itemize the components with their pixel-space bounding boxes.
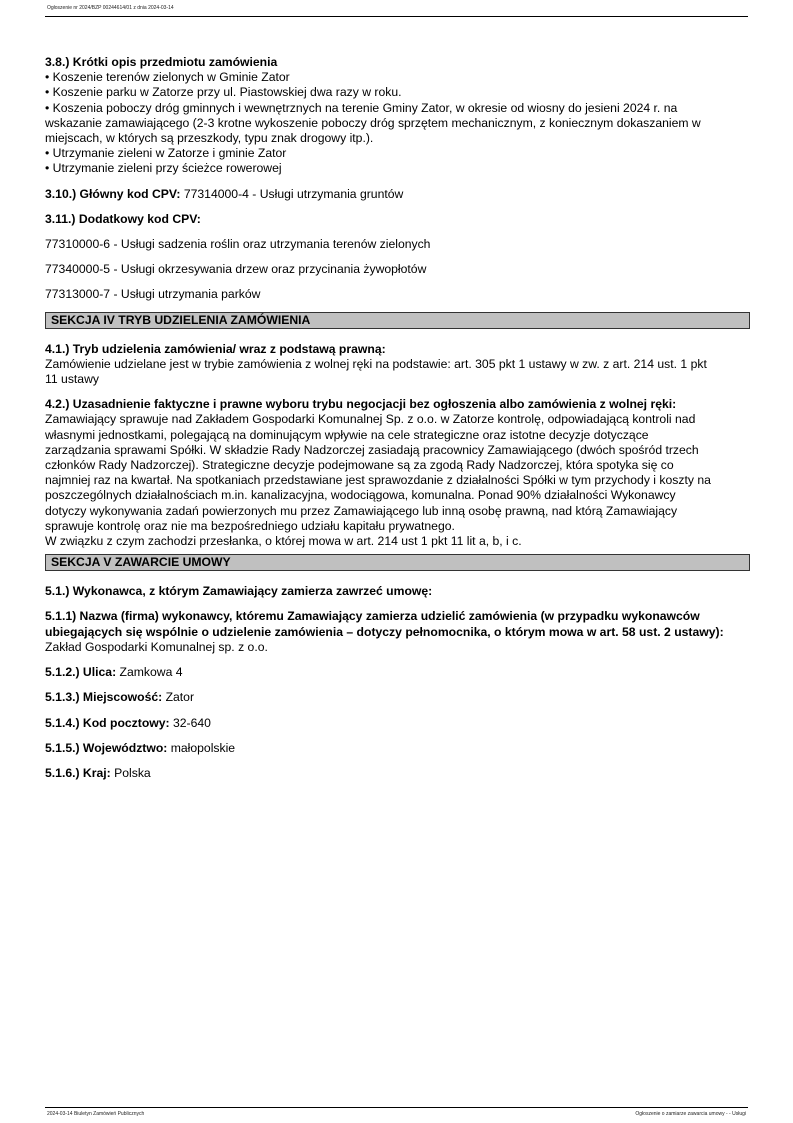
field-label: 5.1.6.) Kraj: (45, 766, 111, 780)
paragraph-line: członków Rady Nadzorczej). Strategiczne … (45, 458, 750, 473)
paragraph-line: sprawuje kontrolę oraz nie ma bezpośredn… (45, 519, 750, 534)
cpv-code: 77340000-5 - Usługi okrzesywania drzew o… (45, 262, 750, 277)
cpv-code: 77310000-6 - Usługi sadzenia roślin oraz… (45, 237, 750, 252)
heading-5-1-1-cont: ubiegających się wspólnie o udzielenie z… (45, 625, 724, 639)
cpv-code: 77313000-7 - Usługi utrzymania parków (45, 287, 750, 302)
header-text: Ogłoszenie nr 2024/BZP 00244614/01 z dni… (47, 5, 174, 11)
footer-left-text: 2024-03-14 Biuletyn Zamówień Publicznych (47, 1111, 144, 1117)
document-content: 3.8.) Krótki opis przedmiotu zamówienia … (45, 55, 750, 781)
heading-5-1: 5.1.) Wykonawca, z którym Zamawiający za… (45, 584, 432, 598)
section-iv-header: SEKCJA IV TRYB UDZIELENIA ZAMÓWIENIA (45, 312, 750, 329)
field-value: Zator (162, 690, 194, 704)
list-item-continued: wskazanie zamawiającego (2-3 krotne wyko… (45, 116, 750, 131)
paragraph-line: W związku z czym zachodzi przesłanka, o … (45, 534, 750, 549)
list-item: • Koszenie terenów zielonych w Gminie Za… (45, 70, 750, 85)
contractor-name: Zakład Gospodarki Komunalnej sp. z o.o. (45, 640, 750, 655)
page-header: Ogłoszenie nr 2024/BZP 00244614/01 z dni… (45, 0, 748, 17)
heading-5-1-1: 5.1.1) Nazwa (firma) wykonawcy, któremu … (45, 609, 700, 623)
main-cpv-value: 77314000-4 - Usługi utrzymania gruntów (180, 187, 403, 201)
list-item: • Utrzymanie zieleni przy ścieżce rowero… (45, 161, 750, 176)
paragraph-line: poszczególnych działalnościach m.in. kan… (45, 488, 750, 503)
list-item: • Koszenie parku w Zatorze przy ul. Pias… (45, 85, 750, 100)
heading-4-1: 4.1.) Tryb udzielenia zamówienia/ wraz z… (45, 342, 386, 356)
main-cpv: 3.10.) Główny kod CPV: 77314000-4 - Usłu… (45, 187, 750, 202)
paragraph-line: własnymi jednostkami, polegającą na domi… (45, 428, 750, 443)
paragraph-line: dotyczy wykonywania zadań powierzonych m… (45, 504, 750, 519)
list-item: • Utrzymanie zieleni w Zatorze i gminie … (45, 146, 750, 161)
section-3-8: 3.8.) Krótki opis przedmiotu zamówienia … (45, 55, 750, 177)
page-footer: 2024-03-14 Biuletyn Zamówień Publicznych… (45, 1107, 748, 1122)
footer-right-text: Ogłoszenie o zamiarze zawarcia umowy - -… (635, 1111, 746, 1117)
field-city: 5.1.3.) Miejscowość: Zator (45, 690, 750, 705)
field-voivodeship: 5.1.5.) Województwo: małopolskie (45, 741, 750, 756)
field-country: 5.1.6.) Kraj: Polska (45, 766, 750, 781)
paragraph-line: zarządzania sprawami Spółki. W składzie … (45, 443, 750, 458)
paragraph-line: Zamawiający sprawuje nad Zakładem Gospod… (45, 412, 750, 427)
list-item-continued: miejscach, w których są przeszkody, typu… (45, 131, 750, 146)
field-value: małopolskie (167, 741, 235, 755)
heading-4-2: 4.2.) Uzasadnienie faktyczne i prawne wy… (45, 397, 676, 411)
field-street: 5.1.2.) Ulica: Zamkowa 4 (45, 665, 750, 680)
field-label: 5.1.4.) Kod pocztowy: (45, 716, 170, 730)
main-cpv-label: 3.10.) Główny kod CPV: (45, 187, 180, 201)
heading-3-8: 3.8.) Krótki opis przedmiotu zamówienia (45, 55, 277, 69)
paragraph-line: 11 ustawy (45, 372, 750, 387)
field-postal-code: 5.1.4.) Kod pocztowy: 32-640 (45, 716, 750, 731)
field-label: 5.1.5.) Województwo: (45, 741, 167, 755)
list-item: • Koszenia poboczy dróg gminnych i wewnę… (45, 101, 750, 116)
additional-cpv-label: 3.11.) Dodatkowy kod CPV: (45, 212, 201, 226)
paragraph-line: najmniej raz na kwartał. Na spotkaniach … (45, 473, 750, 488)
field-label: 5.1.2.) Ulica: (45, 665, 116, 679)
paragraph-line: Zamówienie udzielane jest w trybie zamów… (45, 357, 750, 372)
field-value: 32-640 (170, 716, 211, 730)
field-value: Polska (111, 766, 151, 780)
field-label: 5.1.3.) Miejscowość: (45, 690, 162, 704)
section-v-header: SEKCJA V ZAWARCIE UMOWY (45, 554, 750, 571)
field-value: Zamkowa 4 (116, 665, 182, 679)
